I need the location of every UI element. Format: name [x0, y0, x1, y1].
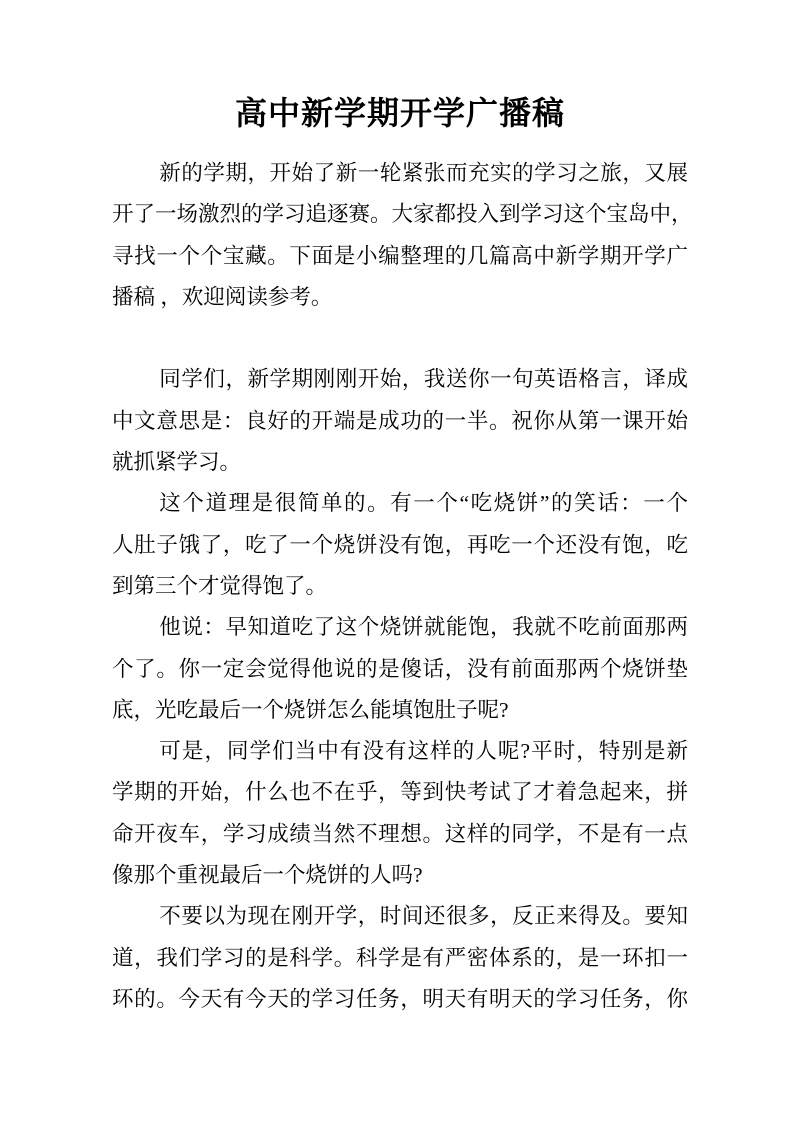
text-line: 到第三个才觉得饱了。 [112, 566, 688, 607]
paragraph: 同学们，新学期刚刚开始，我送你一句英语格言，译成中文意思是：良好的开端是成功的一… [112, 359, 688, 483]
paragraph: 这个道理是很简单的。有一个“吃烧饼”的笑话：一个人肚子饿了，吃了一个烧饼没有饱，… [112, 483, 688, 607]
paragraph: 新的学期，开始了新一轮紧张而充实的学习之旅，又展开了一场激烈的学习追逐赛。大家都… [112, 153, 688, 318]
text-line: 寻找一个个宝藏。下面是小编整理的几篇高中新学期开学广 [112, 236, 688, 277]
text-line: 学期的开始，什么也不在乎，等到快考试了才着急起来，拼 [112, 772, 688, 813]
text-line: 道，我们学习的是科学。科学是有严密体系的，是一环扣一 [112, 938, 688, 979]
text-line: 环的。今天有今天的学习任务，明天有明天的学习任务，你 [112, 979, 688, 1020]
document-page: 高中新学期开学广播稿 新的学期，开始了新一轮紧张而充实的学习之旅，又展开了一场激… [0, 0, 793, 1122]
text-line: 底，光吃最后一个烧饼怎么能填饱肚子呢? [112, 690, 688, 731]
text-line: 他说：早知道吃了这个烧饼就能饱，我就不吃前面那两 [112, 607, 688, 648]
text-line: 像那个重视最后一个烧饼的人吗? [112, 855, 688, 896]
text-line: 这个道理是很简单的。有一个“吃烧饼”的笑话：一个 [112, 483, 688, 524]
text-line: 人肚子饿了，吃了一个烧饼没有饱，再吃一个还没有饱，吃 [112, 525, 688, 566]
text-line: 就抓紧学习。 [112, 442, 688, 483]
paragraph: 可是，同学们当中有没有这样的人呢?平时，特别是新学期的开始，什么也不在乎，等到快… [112, 731, 688, 896]
paragraph [112, 318, 688, 359]
text-line: 中文意思是：良好的开端是成功的一半。祝你从第一课开始 [112, 401, 688, 442]
text-line: 同学们，新学期刚刚开始，我送你一句英语格言，译成 [112, 359, 688, 400]
text-line: 不要以为现在刚开学，时间还很多，反正来得及。要知 [112, 896, 688, 937]
paragraph: 不要以为现在刚开学，时间还很多，反正来得及。要知道，我们学习的是科学。科学是有严… [112, 896, 688, 1020]
document-body: 新的学期，开始了新一轮紧张而充实的学习之旅，又展开了一场激烈的学习追逐赛。大家都… [112, 153, 688, 1020]
text-line: 新的学期，开始了新一轮紧张而充实的学习之旅，又展 [112, 153, 688, 194]
text-line: 可是，同学们当中有没有这样的人呢?平时，特别是新 [112, 731, 688, 772]
text-line: 播稿 ，欢迎阅读参考。 [112, 277, 688, 318]
text-line: 开了一场激烈的学习追逐赛。大家都投入到学习这个宝岛中， [112, 194, 688, 235]
text-line: 命开夜车，学习成绩当然不理想。这样的同学，不是有一点 [112, 814, 688, 855]
paragraph: 他说：早知道吃了这个烧饼就能饱，我就不吃前面那两个了。你一定会觉得他说的是傻话，… [112, 607, 688, 731]
text-line [112, 318, 688, 359]
document-title: 高中新学期开学广播稿 [112, 90, 688, 136]
text-line: 个了。你一定会觉得他说的是傻话，没有前面那两个烧饼垫 [112, 649, 688, 690]
